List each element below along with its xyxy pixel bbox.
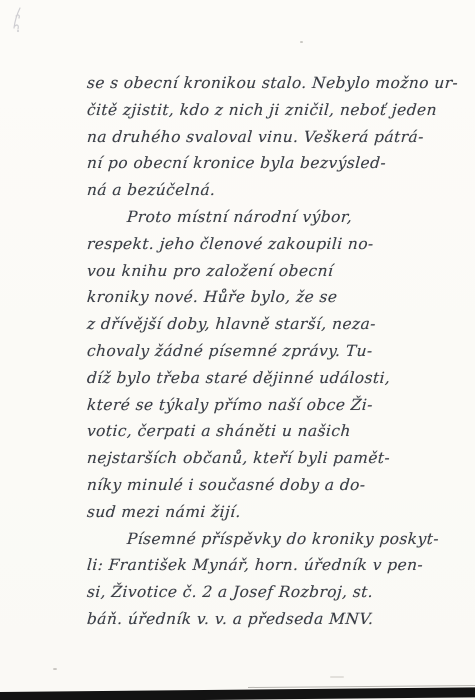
handwritten-line: chovaly žádné písemné zprávy. Tu- — [86, 338, 472, 365]
handwritten-line: Písemné příspěvky do kroniky poskyt- — [86, 526, 472, 553]
handwritten-line: čitě zjistit, kdo z nich ji zničil, nebo… — [86, 97, 472, 124]
pencil-squiggle-icon — [6, 4, 46, 44]
handwritten-line: na druhého svaloval vinu. Veškerá pátrá- — [86, 124, 472, 151]
handwritten-line: ní po obecní kronice byla bezvýsled- — [86, 150, 472, 177]
handwritten-line: z dřívější doby, hlavně starší, neza- — [86, 311, 472, 338]
paper-speck — [53, 668, 57, 670]
handwritten-text-block: se s obecní kronikou stalo. Nebylo možno… — [86, 70, 470, 633]
paragraph: se s obecní kronikou stalo. Nebylo možno… — [86, 70, 470, 204]
handwritten-line: ná a bezúčelná. — [86, 177, 472, 204]
handwritten-line: si, Životice č. 2 a Josef Rozbroj, st. — [86, 579, 472, 606]
handwritten-line: báň. úředník v. v. a předseda MNV. — [86, 606, 472, 633]
handwritten-line: respekt. jeho členové zakoupili no- — [86, 231, 472, 258]
handwritten-line: Proto místní národní výbor, — [86, 204, 472, 231]
handwritten-line: které se týkaly přímo naší obce Ži- — [86, 392, 472, 419]
handwritten-line: kroniky nové. Hůře bylo, že se — [86, 284, 472, 311]
paragraph: Písemné příspěvky do kroniky poskyt-li: … — [86, 526, 470, 633]
handwritten-line: li: František Mynář, horn. úředník v pen… — [86, 552, 472, 579]
handwritten-line: nejstarších občanů, kteří byli pamět- — [86, 445, 472, 472]
scan-edge-bar — [0, 687, 475, 700]
paragraph: Proto místní národní výbor,respekt. jeho… — [86, 204, 470, 526]
handwritten-line: díž bylo třeba staré dějinné události, — [86, 365, 472, 392]
handwritten-line: se s obecní kronikou stalo. Nebylo možno… — [86, 70, 472, 97]
paper-speck — [300, 41, 303, 43]
handwritten-line: vou knihu pro založení obecní — [86, 258, 472, 285]
handwritten-line: sud mezi námi žijí. — [86, 499, 472, 526]
handwritten-line: níky minulé i současné doby a do- — [86, 472, 472, 499]
document-page: se s obecní kronikou stalo. Nebylo možno… — [0, 0, 475, 700]
handwritten-line: votic, čerpati a sháněti u našich — [86, 418, 472, 445]
paper-speck — [330, 676, 344, 678]
